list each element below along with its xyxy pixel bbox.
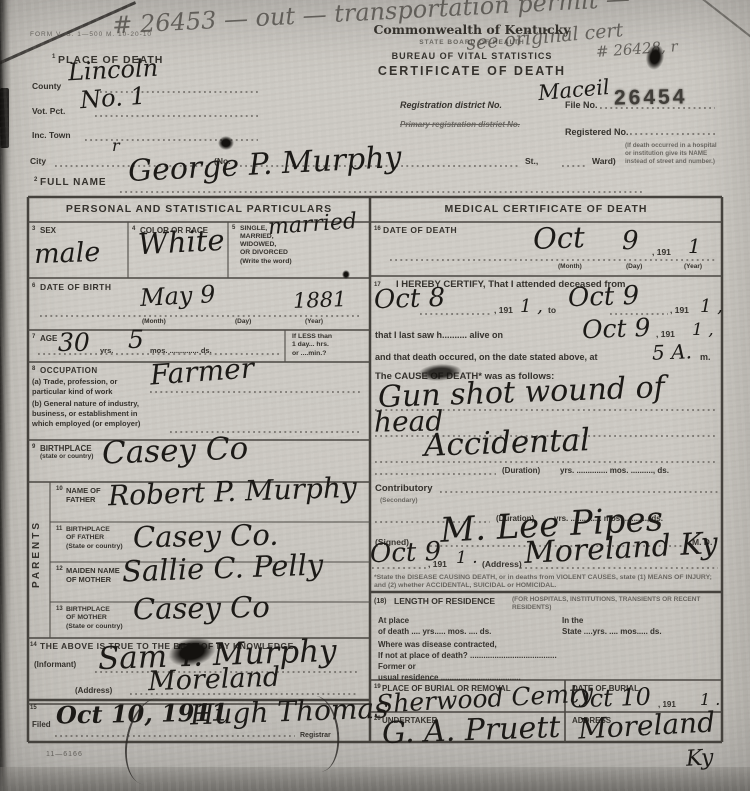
county-label: County bbox=[32, 82, 61, 92]
registered-no-label: Registered No. bbox=[565, 127, 629, 137]
birthplace-label: BIRTHPLACE bbox=[40, 444, 92, 453]
age-number: 7 bbox=[32, 334, 35, 340]
death-time-unit: m. bbox=[700, 352, 711, 362]
mother-name-number: 12 bbox=[56, 566, 63, 572]
full-name-number: 2 bbox=[34, 177, 37, 183]
undertaker-signature-handwriting: G. A. Pruett bbox=[382, 713, 561, 749]
filed-label: Filed bbox=[32, 720, 51, 729]
mother-birthplace-number: 13 bbox=[56, 606, 63, 612]
informant-label: (Informant) bbox=[34, 660, 76, 669]
last-seen-date-handwriting: Oct 9 bbox=[582, 315, 651, 342]
marital-value-handwriting: married bbox=[267, 211, 357, 239]
death-time-handwriting: 5 A. bbox=[652, 341, 693, 362]
occupation-value-handwriting: Farmer bbox=[149, 354, 255, 389]
certify-to-handwriting: Oct 9 bbox=[568, 283, 640, 311]
mother-birthplace-label: BIRTHPLACE OF MOTHER (State or country) bbox=[66, 606, 123, 631]
dod-day-sub: (Day) bbox=[626, 263, 642, 270]
race-number: 4 bbox=[132, 226, 135, 232]
place-section-number: 1 bbox=[52, 54, 55, 60]
registration-district-label: Registration district No. bbox=[400, 100, 502, 110]
mother-name-value-handwriting: Sallie C. Pelly bbox=[122, 550, 324, 586]
hospital-note: (If death occurred in a hospital or inst… bbox=[625, 142, 721, 166]
dob-month-sub: (Month) bbox=[142, 318, 166, 325]
dob-day-sub: (Day) bbox=[235, 318, 251, 325]
undertaker-address-handwriting-2: Ky bbox=[685, 747, 714, 770]
dod-year-digit-handwriting: 1 bbox=[688, 236, 701, 256]
county-value-handwriting: Lincoln bbox=[67, 56, 158, 85]
certificate-title: CERTIFICATE OF DEATH bbox=[372, 64, 572, 78]
race-value-handwriting: White bbox=[137, 226, 225, 259]
residence-number: (18) bbox=[374, 598, 386, 605]
cause-footnote: *State the DISEASE CAUSING DEATH, or in … bbox=[374, 574, 720, 590]
father-birthplace-number: 11 bbox=[56, 526, 62, 532]
precinct-label: Vot. Pct. bbox=[32, 107, 65, 117]
filed-number: 15 bbox=[30, 705, 37, 711]
signed-year-printed: , 191 bbox=[428, 560, 447, 570]
city-ward-label: Ward) bbox=[592, 157, 616, 167]
birthplace-number: 9 bbox=[32, 444, 35, 450]
registrar-signature-handwriting: Hugh Thomas bbox=[190, 695, 389, 730]
father-name-label: NAME OF FATHER bbox=[66, 486, 101, 505]
sex-number: 3 bbox=[32, 226, 35, 232]
age-months-handwriting: 5 bbox=[128, 327, 144, 352]
occupation-line-a: (a) Trade, profession, or particular kin… bbox=[32, 377, 117, 397]
dod-number: 16 bbox=[374, 226, 381, 232]
handwritten-original-cert-number: # 26428, r bbox=[596, 39, 679, 60]
ink-blot-city bbox=[218, 136, 234, 150]
residence-contracted: Where was disease contracted, If not at … bbox=[378, 640, 557, 662]
certify-from-year-printed: , 191 bbox=[494, 306, 513, 316]
occupation-number: 8 bbox=[32, 366, 35, 372]
commonwealth-title: Commonwealth of Kentucky bbox=[372, 23, 572, 37]
certify-from-handwriting: Oct 8 bbox=[374, 285, 446, 313]
mother-name-label: MAIDEN NAME OF MOTHER bbox=[66, 566, 120, 585]
state-board-line: STATE BOARD OF HEALTH bbox=[372, 39, 572, 46]
dob-label: DATE OF BIRTH bbox=[40, 283, 112, 293]
certify-to-year-printed: , 191 bbox=[670, 306, 689, 316]
occupation-label: OCCUPATION bbox=[40, 366, 98, 375]
cause-line3-handwriting: Accidental bbox=[424, 425, 591, 462]
residence-in-state: In the State ....yrs. .... mos..... ds. bbox=[562, 616, 662, 638]
city-label: City bbox=[30, 157, 46, 167]
sex-value-handwriting: male bbox=[34, 239, 101, 268]
inc-town-label: Inc. Town bbox=[32, 131, 71, 141]
birthplace-hint: (state or country) bbox=[40, 453, 93, 460]
certify-last-seen-line: that I last saw h.......... alive on bbox=[375, 330, 503, 340]
undertaker-address-handwriting: Moreland bbox=[577, 708, 715, 743]
form-code: FORM V. S. 1—500 M. 10-20-10 bbox=[30, 31, 152, 38]
file-no-label: File No. bbox=[565, 100, 598, 110]
residence-label: LENGTH OF RESIDENCE bbox=[394, 597, 495, 607]
dob-year-sub: (Year) bbox=[305, 318, 323, 325]
certify-from-year-digit: 1 , bbox=[520, 298, 543, 316]
burial-date-handwriting: Oct 10 bbox=[570, 685, 652, 712]
informant-address-label: (Address) bbox=[75, 686, 112, 695]
birthplace-value-handwriting: Casey Co bbox=[102, 433, 249, 469]
ink-dot-dob bbox=[342, 270, 350, 279]
father-name-number: 10 bbox=[56, 486, 63, 492]
age-less-than-day-note: If LESS than 1 day... hrs. or ....min.? bbox=[292, 333, 332, 358]
last-seen-year-printed: , 191 bbox=[656, 330, 675, 340]
undertaker-number: 20 bbox=[374, 716, 381, 722]
mother-birthplace-value-handwriting: Casey Co bbox=[133, 593, 270, 624]
residence-former: Former or usual residence ..............… bbox=[378, 662, 521, 684]
duration-label-1: (Duration) bbox=[502, 466, 540, 475]
dob-year-handwriting: 1881 bbox=[293, 289, 347, 312]
dod-year-sub: (Year) bbox=[684, 263, 702, 270]
dod-month-sub: (Month) bbox=[558, 263, 582, 270]
bureau-line: BUREAU OF VITAL STATISTICS bbox=[372, 51, 572, 61]
last-seen-year-digit: 1 , bbox=[692, 322, 714, 339]
age-years-unit: yrs. bbox=[100, 347, 113, 356]
dod-day-handwriting: 9 bbox=[622, 228, 639, 254]
informant-address-value-handwriting: Moreland bbox=[148, 664, 281, 696]
residence-at-place: At place of death .... yrs..... mos. ...… bbox=[378, 616, 491, 638]
primary-registration-label: Primary registration district No. bbox=[400, 120, 520, 129]
certify-to-year-digit: 1 , bbox=[700, 298, 723, 316]
age-years-handwriting: 30 bbox=[58, 330, 90, 355]
city-st-label: St., bbox=[525, 157, 538, 167]
informant-number: 14 bbox=[30, 642, 37, 648]
dob-number: 6 bbox=[32, 283, 35, 289]
full-name-value-handwriting: George P. Murphy bbox=[127, 143, 402, 187]
scan-bottom-band bbox=[0, 767, 750, 791]
marital-number: 5 bbox=[232, 225, 235, 231]
contributory-hint: (Secondary) bbox=[380, 497, 418, 504]
death-certificate-scan: # 26453 — out — transportation permit — … bbox=[0, 0, 750, 791]
dob-monthday-handwriting: May 9 bbox=[139, 282, 215, 310]
scan-edge-mark bbox=[0, 88, 9, 148]
dod-year-printed: , 191 bbox=[652, 248, 671, 258]
age-label: AGE bbox=[40, 334, 57, 343]
parents-side-label: PARENTS bbox=[31, 520, 42, 588]
full-name-label: FULL NAME bbox=[40, 177, 107, 189]
physician-address-label: (Address) bbox=[482, 560, 522, 570]
residence-hint: (FOR HOSPITALS, INSTITUTIONS, TRANSIENTS… bbox=[512, 596, 718, 612]
occupation-line-b: (b) General nature of industry, business… bbox=[32, 399, 140, 428]
contributory-label: Contributory bbox=[375, 484, 433, 495]
certify-to-word: to bbox=[548, 306, 556, 316]
physician-address-handwriting: Moreland Ky bbox=[523, 529, 718, 569]
plate-number: 11—6166 bbox=[46, 751, 83, 759]
precinct-value-handwriting: No. 1 bbox=[79, 84, 146, 113]
duration-units-1: yrs. .............. mos. .........., ds. bbox=[560, 466, 669, 475]
dod-label: DATE OF DEATH bbox=[383, 226, 457, 236]
corner-fold-line-right bbox=[699, 0, 750, 47]
father-name-value-handwriting: Robert P. Murphy bbox=[108, 474, 358, 511]
sex-label: SEX bbox=[40, 226, 56, 235]
death-occurred-line: and that death occured, on the date stat… bbox=[375, 352, 598, 362]
father-birthplace-label: BIRTHPLACE OF FATHER (State or country) bbox=[66, 526, 123, 551]
stray-pen-mark: r bbox=[112, 138, 120, 154]
file-number-stamp: 26454 bbox=[614, 85, 688, 110]
signed-year-digit: 1 . bbox=[456, 550, 478, 567]
father-birthplace-value-handwriting: Casey Co. bbox=[133, 521, 279, 553]
medical-section-header: MEDICAL CERTIFICATE OF DEATH bbox=[370, 203, 722, 215]
dod-month-handwriting: Oct bbox=[533, 223, 586, 254]
